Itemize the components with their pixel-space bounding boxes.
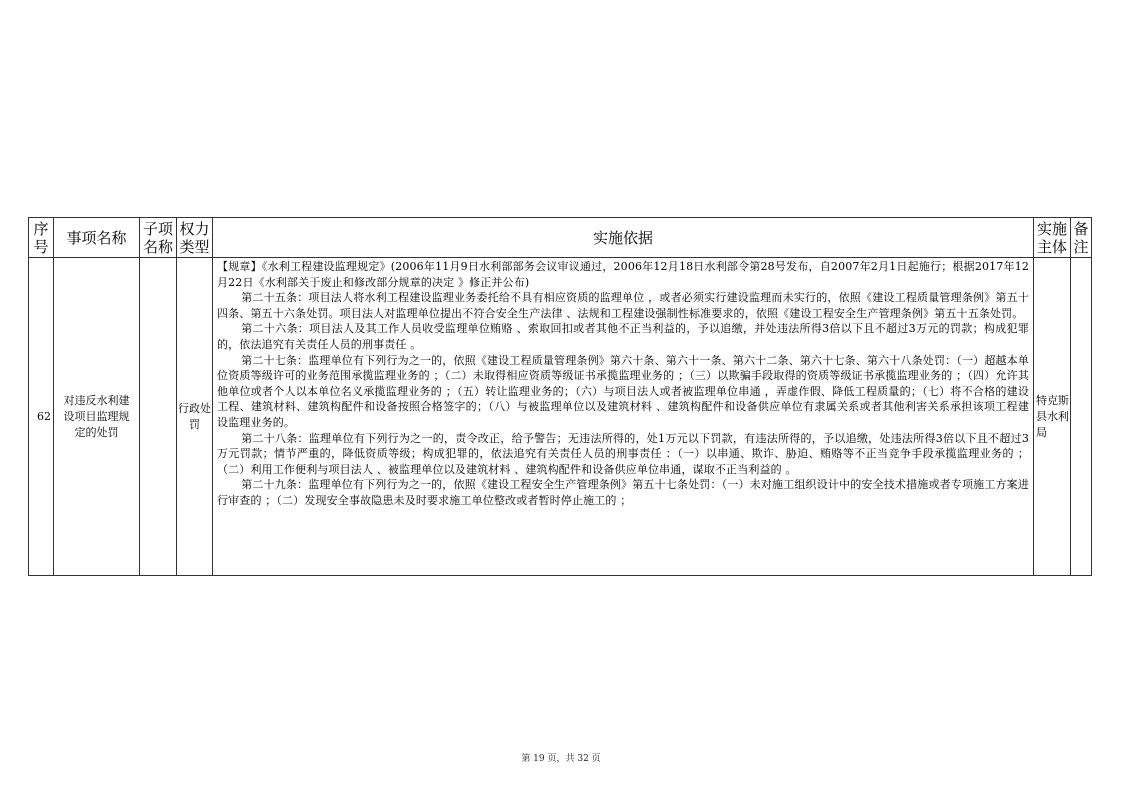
header-seq: 序号 bbox=[29, 218, 54, 258]
header-item-name: 事项名称 bbox=[54, 218, 140, 258]
basis-article-26: 第二十六条：项目法人及其工作人员收受监理单位贿赂 、索取回扣或者其他不正当利益的… bbox=[217, 321, 1029, 352]
header-sub-item: 子项名称 bbox=[140, 218, 177, 258]
row-seq: 62 bbox=[29, 258, 54, 576]
header-remark: 备注 bbox=[1071, 218, 1092, 258]
header-power-type: 权力类型 bbox=[177, 218, 213, 258]
row-sub-item bbox=[140, 258, 177, 576]
basis-article-29: 第二十九条：监理单位有下列行为之一的，依照《建设工程安全生产管理条例》第五十七条… bbox=[217, 477, 1029, 508]
basis-article-27: 第二十七条：监理单位有下列行为之一的，依照《建设工程质量管理条例》第六十条、第六… bbox=[217, 353, 1029, 431]
row-power-type: 行政处罚 bbox=[177, 258, 213, 576]
table-row: 62 对违反水利建设项目监理规定的处罚 行政处罚 【规章】《水利工程建设监理规定… bbox=[29, 258, 1092, 576]
header-basis: 实施依据 bbox=[213, 218, 1034, 258]
row-subject: 特克斯县水利局 bbox=[1034, 258, 1071, 576]
power-list-table: 序号 事项名称 子项名称 权力类型 实施依据 实施主体 备注 62 对违反水利建… bbox=[28, 217, 1092, 576]
basis-article-28: 第二十八条：监理单位有下列行为之一的，责令改正，给予警告；无违法所得的，处1万元… bbox=[217, 431, 1029, 478]
page-number: 第 19 页，共 32 页 bbox=[0, 751, 1122, 764]
row-remark bbox=[1071, 258, 1092, 576]
row-basis: 【规章】《水利工程建设监理规定》(2006年11月9日水利部部务会议审议通过，2… bbox=[213, 258, 1034, 576]
table-header-row: 序号 事项名称 子项名称 权力类型 实施依据 实施主体 备注 bbox=[29, 218, 1092, 258]
header-subject: 实施主体 bbox=[1034, 218, 1071, 258]
basis-article-25: 第二十五条：项目法人将水利工程建设监理业务委托给不具有相应资质的监理单位 ，或者… bbox=[217, 290, 1029, 321]
row-item-name: 对违反水利建设项目监理规定的处罚 bbox=[54, 258, 140, 576]
basis-regulation: 【规章】《水利工程建设监理规定》(2006年11月9日水利部部务会议审议通过，2… bbox=[217, 259, 1029, 290]
